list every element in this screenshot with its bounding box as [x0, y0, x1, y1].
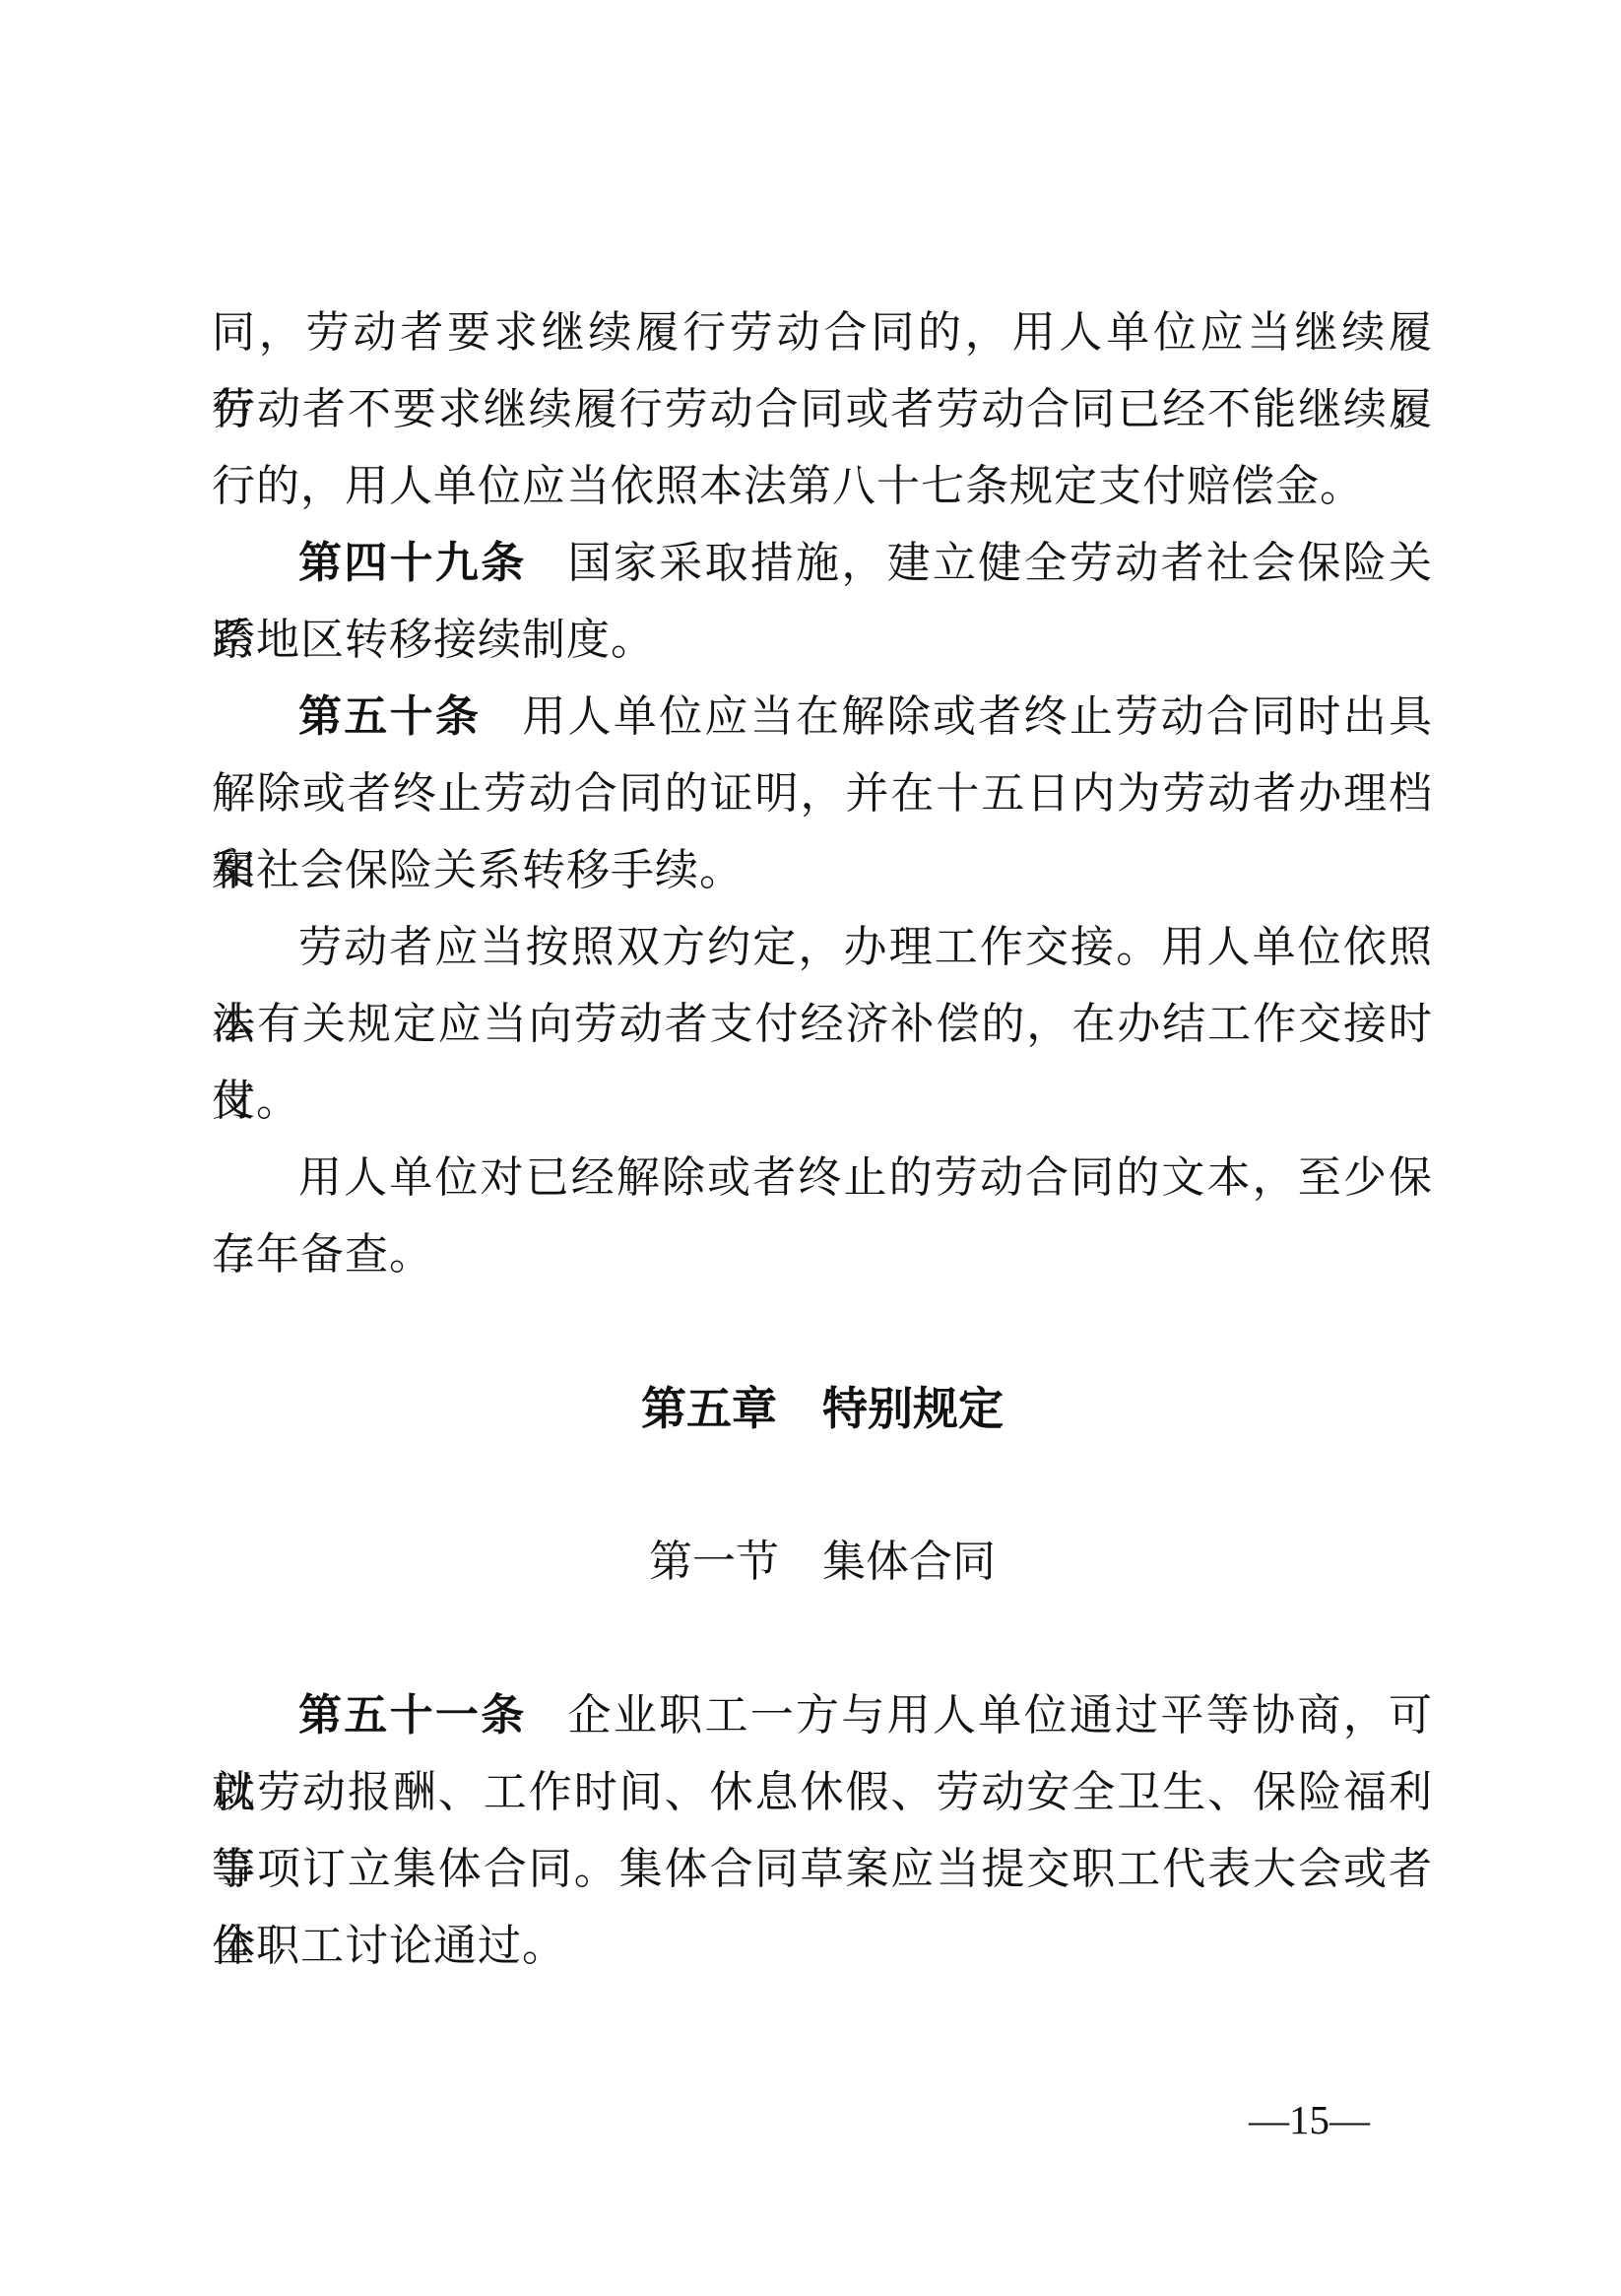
chapter-title: 特别规定: [822, 1383, 1004, 1434]
section-number: 第一节: [649, 1538, 779, 1586]
chapter-number: 第五章: [641, 1383, 777, 1434]
body-line: 用人单位对已经解除或者终止的劳动合同的文本，至少保存: [212, 1140, 1433, 1216]
article-number: 第四十九条: [298, 539, 527, 587]
body-line: 第五十一条企业职工一方与用人单位通过平等协商，可以: [212, 1677, 1433, 1754]
body-line: 和社会保险关系转移手续。: [212, 832, 1433, 909]
section-heading: 第一节集体合同: [212, 1524, 1433, 1601]
body-line: 二年备查。: [212, 1216, 1433, 1293]
body-line: 体职工讨论通过。: [212, 1908, 1433, 1985]
document-page: 同，劳动者要求继续履行劳动合同的，用人单位应当继续履行； 劳动者不要求继续履行劳…: [0, 0, 1621, 2296]
body-line: 劳动者应当按照双方约定，办理工作交接。用人单位依照本: [212, 909, 1433, 986]
body-line: 劳动者不要求继续履行劳动合同或者劳动合同已经不能继续履: [212, 371, 1433, 448]
body-line: 同，劳动者要求继续履行劳动合同的，用人单位应当继续履行；: [212, 295, 1433, 371]
section-title: 集体合同: [822, 1538, 996, 1586]
body-line: 行的，用人单位应当依照本法第八十七条规定支付赔偿金。: [212, 448, 1433, 525]
line-text: 用人单位应当在解除或者终止劳动合同时出具: [522, 692, 1433, 741]
article-number: 第五十一条: [298, 1691, 527, 1739]
body-line: 事项订立集体合同。集体合同草案应当提交职工代表大会或者全: [212, 1831, 1433, 1908]
body-line: 就劳动报酬、工作时间、休息休假、劳动安全卫生、保险福利等: [212, 1754, 1433, 1831]
body-line: 第五十条用人单位应当在解除或者终止劳动合同时出具: [212, 679, 1433, 755]
body-line: 跨地区转移接续制度。: [212, 602, 1433, 679]
page-number: —15—: [1249, 2092, 1370, 2147]
article-number: 第五十条: [298, 692, 481, 741]
body-line: 第四十九条国家采取措施，建立健全劳动者社会保险关系: [212, 525, 1433, 602]
body-line: 法有关规定应当向劳动者支付经济补偿的，在办结工作交接时支: [212, 986, 1433, 1063]
chapter-heading: 第五章特别规定: [212, 1370, 1433, 1447]
body-line: 解除或者终止劳动合同的证明，并在十五日内为劳动者办理档案: [212, 755, 1433, 832]
body-line: 付。: [212, 1063, 1433, 1140]
text-block: 同，劳动者要求继续履行劳动合同的，用人单位应当继续履行； 劳动者不要求继续履行劳…: [212, 295, 1433, 1985]
